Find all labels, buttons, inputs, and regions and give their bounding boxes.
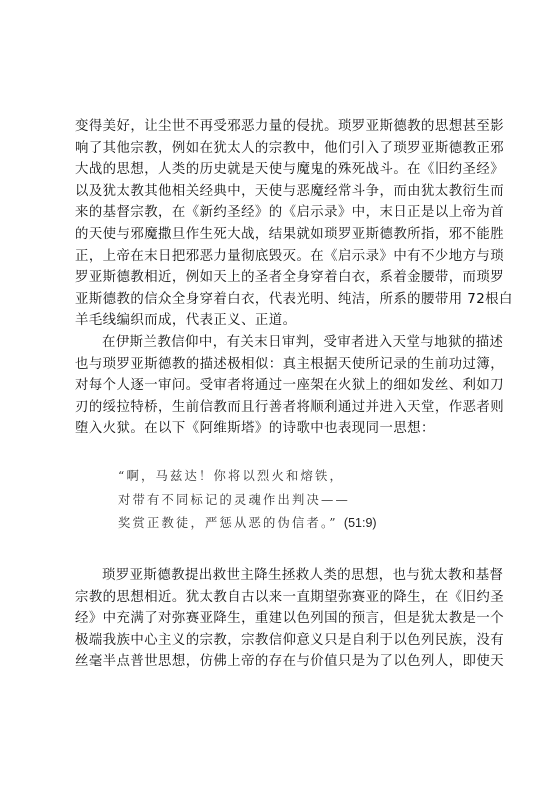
text-line: 来的基督宗教，在《新约圣经》的《启示录》中，末日正是以上帝为首 bbox=[75, 202, 485, 224]
text-line: 正，上帝在末日把邪恶力量彻底毁灭。在《启示录》中有不少地方与琐 bbox=[75, 246, 485, 268]
text-line: 大战的思想，人类的历史就是天使与魔鬼的殊死战斗。在《旧约圣经》 bbox=[75, 159, 485, 181]
document-body-lower: 琐罗亚斯德教提出救世主降生拯救人类的思想，也与犹太教和基督 宗教的思想相近。犹太… bbox=[75, 565, 485, 673]
quote-line: “啊，马兹达！你将以烈火和熔铁， bbox=[118, 465, 458, 489]
document-body-upper: 变得美好，让尘世不再受邪恶力量的侵扰。琐罗亚斯德教的思想甚至影 响了其他宗教，例… bbox=[75, 116, 485, 440]
quote-line: 奖赏正教徒，严惩从恶的伪信者。” (51:9) bbox=[118, 512, 458, 536]
text-line: 极端我族中心主义的宗教，宗教信仰意义只是自利于以色列民族，没有 bbox=[75, 630, 485, 652]
text-line: 变得美好，让尘世不再受邪恶力量的侵扰。琐罗亚斯德教的思想甚至影 bbox=[75, 116, 485, 138]
text-line: 亚斯德教的信众全身穿着白衣，代表光明、纯洁，所系的腰带用 72根白 bbox=[75, 289, 485, 311]
text-line: 羊毛线编织而成，代表正义、正道。 bbox=[75, 310, 485, 332]
text-line: 以及犹太教其他相关经典中，天使与恶魔经常斗争，而由犹太教衍生而 bbox=[75, 181, 485, 203]
text-line: 在伊斯兰教信仰中，有关末日审判，受审者进入天堂与地狱的描述 bbox=[75, 332, 485, 354]
text-line: 经》中充满了对弥赛亚降生，重建以色列国的预言，但是犹太教是一个 bbox=[75, 608, 485, 630]
text-line: 的天使与邪魔撒旦作生死大战，结果就如琐罗亚斯德教所指，邪不能胜 bbox=[75, 224, 485, 246]
avesta-poem-quote: “啊，马兹达！你将以烈火和熔铁， 对带有不同标记的灵魂作出判决—— 奖赏正教徒，… bbox=[118, 465, 458, 536]
text-line: 罗亚斯德教相近，例如天上的圣者全身穿着白衣，系着金腰带，而琐罗 bbox=[75, 267, 485, 289]
quote-line-text: 奖赏正教徒，严惩从恶的伪信者。” bbox=[118, 516, 338, 530]
paragraph-zoroastrian-influence: 变得美好，让尘世不再受邪恶力量的侵扰。琐罗亚斯德教的思想甚至影 响了其他宗教，例… bbox=[75, 116, 485, 332]
text-line: 堕入火狱。在以下《阿维斯塔》的诗歌中也表现同一思想： bbox=[75, 418, 485, 440]
text-line: 丝毫半点普世思想，仿佛上帝的存在与价值只是为了以色列人，即使天 bbox=[75, 651, 485, 673]
text-line: 对每个人逐一审问。受审者将通过一座架在火狱上的细如发丝、利如刀 bbox=[75, 375, 485, 397]
text-line: 响了其他宗教，例如在犹太人的宗教中，他们引入了琐罗亚斯德教正邪 bbox=[75, 138, 485, 160]
text-line: 琐罗亚斯德教提出救世主降生拯救人类的思想，也与犹太教和基督 bbox=[75, 565, 485, 587]
text-line: 也与琐罗亚斯德教的描述极相似：真主根据天使所记录的生前功过簿， bbox=[75, 354, 485, 376]
quote-line: 对带有不同标记的灵魂作出判决—— bbox=[118, 489, 458, 513]
quote-citation: (51:9) bbox=[344, 516, 377, 530]
text-line: 宗教的思想相近。犹太教自古以来一直期望弥赛亚的降生，在《旧约圣 bbox=[75, 587, 485, 609]
paragraph-islamic-judgment: 在伊斯兰教信仰中，有关末日审判，受审者进入天堂与地狱的描述 也与琐罗亚斯德教的描… bbox=[75, 332, 485, 440]
text-line: 刃的绥拉特桥，生前信教而且行善者将顺利通过并进入天堂，作恶者则 bbox=[75, 397, 485, 419]
paragraph-messiah: 琐罗亚斯德教提出救世主降生拯救人类的思想，也与犹太教和基督 宗教的思想相近。犹太… bbox=[75, 565, 485, 673]
